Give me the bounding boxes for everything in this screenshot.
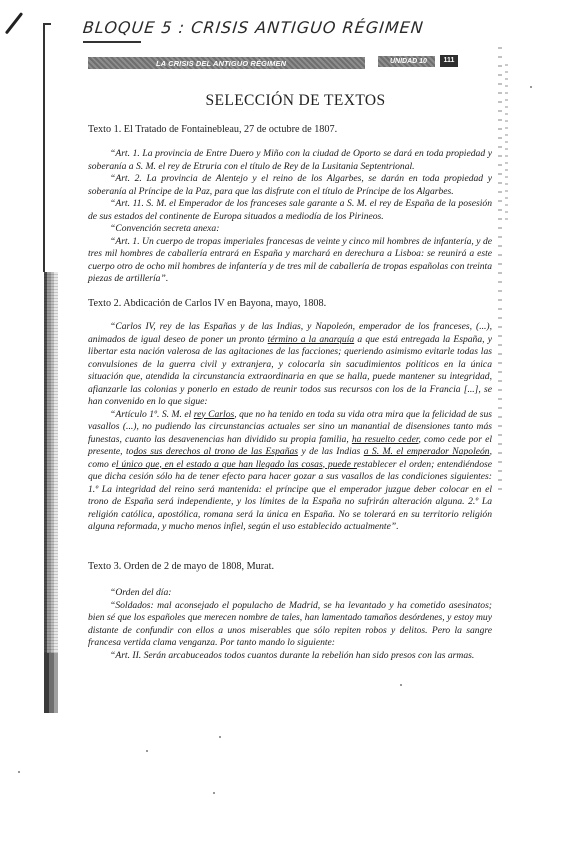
text-3: Texto 3. Orden de 2 de mayo de 1808, Mur… [88,561,492,662]
section-header-band: LA CRISIS DEL ANTIGUO RÉGIMEN [88,57,365,69]
underlined-phrase: l único que, en el estado a que han lleg… [116,459,357,470]
text-2: Texto 2. Abdicación de Carlos IV en Bayo… [88,298,492,534]
text-1: Texto 1. El Tratado de Fontainebleau, 27… [88,124,492,286]
scan-speck [219,736,221,738]
underlined-phrase: término a la anarquía [268,334,354,345]
text-1-art-11: “Art. 11. S. M. el Emperador de los fran… [88,198,492,223]
page-title: SELECCIÓN DE TEXTOS [0,92,571,110]
section-title: LA CRISIS DEL ANTIGUO RÉGIMEN [156,59,286,68]
text-1-convention-art-1: “Art. 1. Un cuerpo de tropas imperiales … [88,236,492,286]
text-1-convention-label: “Convención secreta anexa: [88,223,492,236]
scan-speck [530,86,532,88]
underlined-phrase: a S. M. el emperador Napoleón [364,446,490,457]
text-3-soldiers: “Soldados: mal aconsejado el populacho d… [88,600,492,650]
text-3-art-2: “Art. II. Serán arcabuceados todos cuant… [88,650,492,663]
text-2-heading: Texto 2. Abdicación de Carlos IV en Bayo… [88,298,492,309]
page-number: 111 [440,55,458,67]
text-1-art-2: “Art. 2. La provincia de Alentejo y el r… [88,173,492,198]
scan-speck [213,792,215,794]
underlined-phrase: dos sus derechos al trono de las Españas [133,446,298,457]
text-3-order-label: “Orden del día: [88,587,492,600]
text-3-heading: Texto 3. Orden de 2 de mayo de 1808, Mur… [88,561,492,572]
handwritten-note: BLOQUE 5 : CRISIS ANTIGUO RÉGIMEN [82,18,425,37]
binding-shadow-strip [44,272,58,713]
scan-noise-right-2 [505,60,508,220]
text-1-heading: Texto 1. El Tratado de Fontainebleau, 27… [88,124,492,135]
scan-speck [400,684,402,686]
text-2-article-1: “Artículo 1º. S. M. el rey Carlos, que n… [88,409,492,534]
underlined-phrase: ha resuelto ceder [352,434,419,445]
text-span: “Artículo 1º. S. M. el [110,409,194,420]
text-span: y de las Indias [298,446,364,457]
pen-stroke-mark [5,12,23,34]
unit-label: UNIDAD 10 [378,56,435,67]
scan-speck [18,771,20,773]
text-2-preamble: “Carlos IV, rey de las Españas y de las … [88,321,492,409]
scanned-page: BLOQUE 5 : CRISIS ANTIGUO RÉGIMEN LA CRI… [0,0,571,848]
binding-line [43,24,45,272]
text-1-art-1: “Art. 1. La provincia de Entre Duero y M… [88,148,492,173]
underlined-phrase: rey Carlos [194,409,234,420]
scan-speck [146,750,148,752]
handwritten-underline [83,41,141,43]
